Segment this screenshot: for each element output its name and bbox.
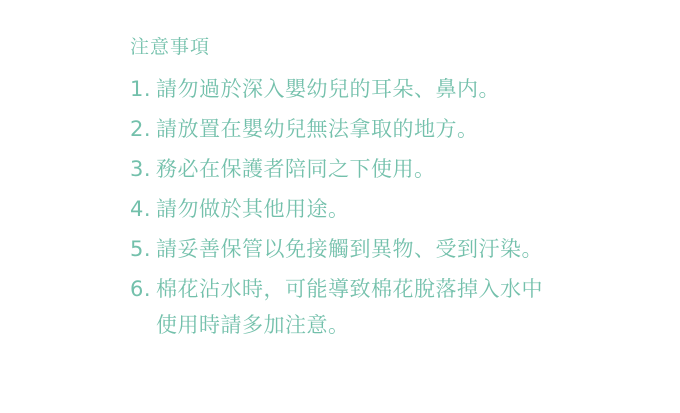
item-text: 務必在保護者陪同之下使用。 [156, 151, 436, 187]
item-number: 6. [130, 271, 156, 307]
item-text: 請妥善保管以免接觸到異物、受到汙染。 [156, 231, 543, 267]
notice-item: 3. 務必在保護者陪同之下使用。 [130, 151, 630, 187]
notice-item: 1. 請勿過於深入嬰幼兒的耳朵、鼻内。 [130, 71, 630, 107]
item-number: 2. [130, 111, 156, 147]
item-number: 5. [130, 231, 156, 267]
notice-item: 5. 請妥善保管以免接觸到異物、受到汙染。 [130, 231, 630, 267]
notice-item: 2. 請放置在嬰幼兒無法拿取的地方。 [130, 111, 630, 147]
notice-item: 4. 請勿做於其他用途。 [130, 191, 630, 227]
item-number: 3. [130, 151, 156, 187]
item-number: 1. [130, 71, 156, 107]
notice-content: 注意事項 1. 請勿過於深入嬰幼兒的耳朵、鼻内。 2. 請放置在嬰幼兒無法拿取的… [130, 29, 630, 347]
item-text: 請勿做於其他用途。 [156, 191, 350, 227]
item-text: 請勿過於深入嬰幼兒的耳朵、鼻内。 [156, 71, 500, 107]
item-number: 4. [130, 191, 156, 227]
item-text: 棉花沾水時，可能導致棉花脫落掉入水中 使用時請多加注意。 [156, 271, 543, 343]
notice-title: 注意事項 [130, 29, 630, 65]
notice-page: 注意事項 1. 請勿過於深入嬰幼兒的耳朵、鼻内。 2. 請放置在嬰幼兒無法拿取的… [0, 0, 680, 413]
notice-item: 6. 棉花沾水時，可能導致棉花脫落掉入水中 使用時請多加注意。 [130, 271, 630, 343]
item-text: 請放置在嬰幼兒無法拿取的地方。 [156, 111, 479, 147]
